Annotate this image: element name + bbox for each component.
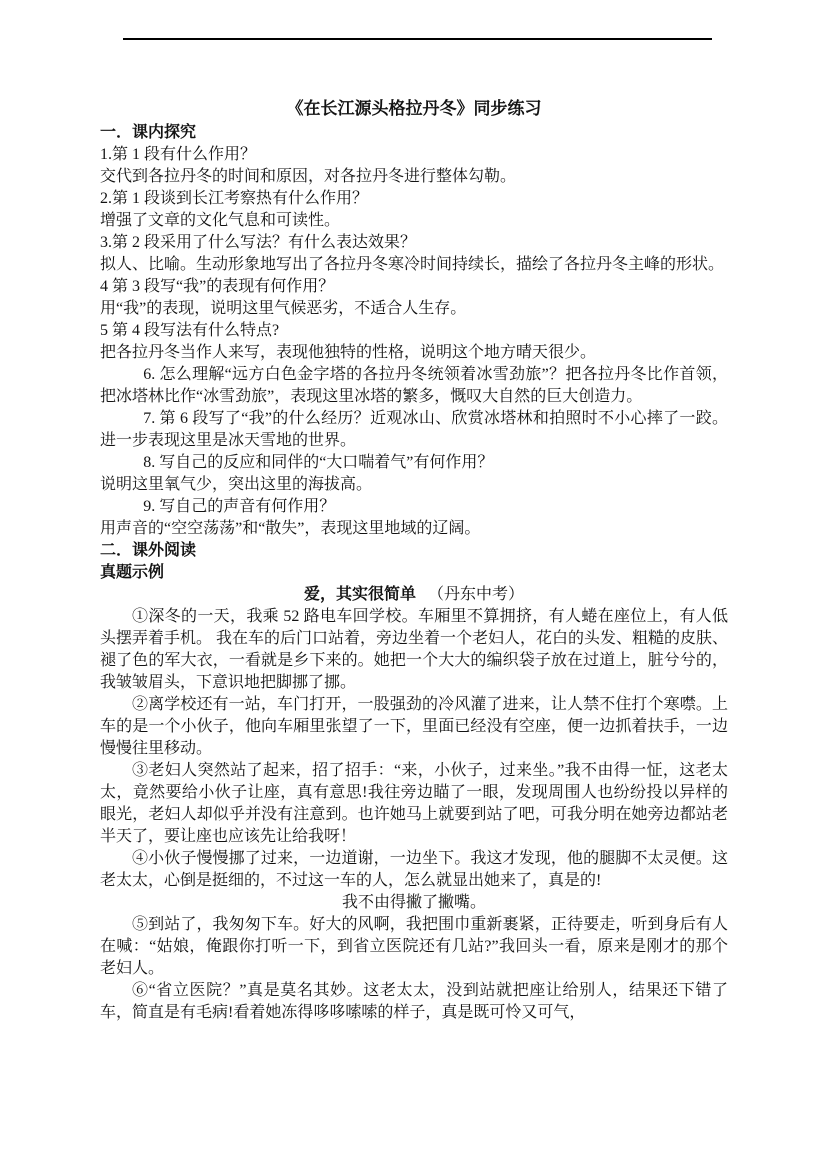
passage-paragraph-4: ④小伙子慢慢挪了过来，一边道谢，一边坐下。我这才发现，他的腿脚不太灵便。这老太太… bbox=[100, 848, 728, 892]
question-line-2: 2.第 1 段谈到长江考察热有什么作用？ bbox=[100, 188, 728, 210]
question-line-3: 3.第 2 段采用了什么写法？有什么表达效果？ bbox=[100, 232, 728, 254]
document-content: 《在长江源头格拉丹冬》同步练习 一．课内探究 1.第 1 段有什么作用？ 交代到… bbox=[100, 95, 728, 1024]
answer-line-5: 把各拉丹冬当作人来写，表现他独特的性格，说明这个地方晴天很少。 bbox=[100, 342, 728, 364]
question-line-4: 4 第 3 段写“我”的表现有何作用？ bbox=[100, 276, 728, 298]
header-rule bbox=[123, 38, 712, 40]
question-line-9: 9. 写自己的声音有何作用？ bbox=[100, 496, 728, 518]
passage-paragraph-3: ③老妇人突然站了起来，招了招手：“来，小伙子，过来坐。”我不由得一怔，这老太太，… bbox=[100, 760, 728, 848]
document-title: 《在长江源头格拉丹冬》同步练习 bbox=[100, 95, 728, 122]
passage-paragraph-1: ①深冬的一天，我乘 52 路电车回学校。车厢里不算拥挤，有人蜷在座位上，有人低头… bbox=[100, 606, 728, 694]
section1-heading: 一．课内探究 bbox=[100, 122, 728, 144]
question-answer-line-6: 6. 怎么理解“远方白色金字塔的各拉丹冬统领着冰雪劲旅”？把各拉丹冬比作首领，把… bbox=[100, 364, 728, 408]
passage-paragraph-2: ②离学校还有一站，车门打开，一股强劲的冷风灌了进来，让人禁不住打个寒噤。上车的是… bbox=[100, 694, 728, 760]
section2-heading: 二．课外阅读 bbox=[100, 540, 728, 562]
answer-line-3: 拟人、比喻。生动形象地写出了各拉丹冬寒冷时间持续长，描绘了各拉丹冬主峰的形状。 bbox=[100, 254, 728, 276]
passage-source: （丹东中考） bbox=[428, 586, 524, 603]
question-line-8: 8. 写自己的反应和同伴的“大口喘着气”有何作用？ bbox=[100, 452, 728, 474]
passage-title-line: 爱，其实很简单（丹东中考） bbox=[100, 584, 728, 606]
answer-line-4: 用“我”的表现，说明这里气候恶劣，不适合人生存。 bbox=[100, 298, 728, 320]
question-answer-line-7: 7. 第 6 段写了“我”的什么经历？近观冰山、欣赏冰塔林和拍照时不小心摔了一跤… bbox=[100, 408, 728, 452]
question-line-5: 5 第 4 段写法有什么特点? bbox=[100, 320, 728, 342]
passage-title: 爱，其实很简单 bbox=[304, 586, 416, 603]
answer-line-1: 交代到各拉丹冬的时间和原因，对各拉丹冬进行整体勾勒。 bbox=[100, 166, 728, 188]
worksheet-page: 《在长江源头格拉丹冬》同步练习 一．课内探究 1.第 1 段有什么作用？ 交代到… bbox=[0, 0, 827, 1169]
passage-paragraph-5: ⑤到站了，我匆匆下车。好大的风啊，我把围巾重新裹紧，正待要走，听到身后有人在喊：… bbox=[100, 914, 728, 980]
answer-line-8: 说明这里氧气少，突出这里的海拔高。 bbox=[100, 474, 728, 496]
answer-line-9: 用声音的“空空荡荡”和“散失”，表现这里地域的辽阔。 bbox=[100, 518, 728, 540]
question-line-1: 1.第 1 段有什么作用？ bbox=[100, 144, 728, 166]
passage-paragraph-6: ⑥“省立医院？”真是莫名其妙。这老太太，没到站就把座让给别人，结果还下错了车，简… bbox=[100, 980, 728, 1024]
passage-centered-line: 我不由得撇了撇嘴。 bbox=[100, 892, 728, 914]
section2-subheading: 真题示例 bbox=[100, 562, 728, 584]
answer-line-2: 增强了文章的文化气息和可读性。 bbox=[100, 210, 728, 232]
